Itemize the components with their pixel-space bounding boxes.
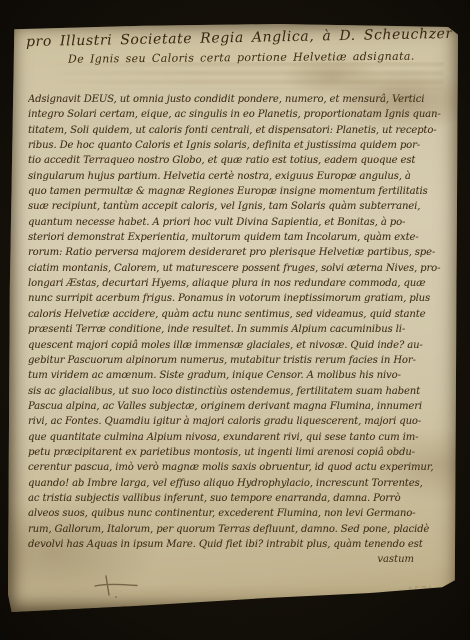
manuscript-line: alveos suos, quibus nunc continentur, ex… — [28, 506, 453, 521]
manuscript-line: sis ac glacialibus, ut suo loco distinct… — [28, 384, 453, 399]
manuscript-line: ciatim montanis, Calorem, ut maturescere… — [28, 261, 453, 276]
ink-bleed-through — [48, 62, 444, 90]
manuscript-line: quantum necesse habet. A priori hoc vult… — [28, 215, 453, 230]
manuscript-line: rivi, ac Fontes. Quamdiu igitur à majori… — [28, 414, 453, 429]
manuscript-line: singularum hujus partium. Helvetia certè… — [28, 169, 453, 184]
manuscript-line: cerentur pascua, imò verò magnæ molis sa… — [28, 460, 453, 475]
manuscript-line: rorum: Ratio perversa majorem desiderare… — [28, 245, 453, 260]
manuscript-line: longari Æstas, decurtari Hyems, aliaque … — [28, 276, 453, 291]
manuscript-line: que quantitate culmina Alpium nivosa, ex… — [28, 430, 453, 445]
manuscript-body: Adsignavit DEUS, ut omnia justo condidit… — [28, 92, 453, 552]
manuscript-scan: pro Illustri Societate Regia Anglica, à … — [0, 0, 470, 640]
faint-folio-number: 1571 — [407, 586, 434, 597]
manuscript-line: integro Solari certam, eique, ac singuli… — [28, 107, 453, 122]
pen-cross-mark — [92, 573, 140, 599]
manuscript-line: petu præcipitarent ex parietibus montosi… — [28, 445, 453, 460]
manuscript-page: pro Illustri Societate Regia Anglica, à … — [8, 24, 458, 612]
manuscript-line: ribus. De hoc quanto Caloris et Ignis so… — [28, 138, 453, 153]
manuscript-line: quando! ab Imbre larga, vel effuso aliqu… — [28, 476, 453, 491]
manuscript-line: quo tamen permultæ & magnæ Regiones Euro… — [28, 184, 453, 199]
manuscript-line: gebitur Pascuorum alpinorum numerus, mut… — [28, 353, 453, 368]
heading-dedication: pro Illustri Societate Regia Anglica, à … — [26, 26, 452, 50]
manuscript-line: caloris Helvetiæ accidere, quàm actu nun… — [28, 307, 453, 322]
manuscript-line: tio accedit Terraqueo nostro Globo, et q… — [28, 153, 453, 168]
manuscript-line: quescent majori copiâ moles illæ immensæ… — [28, 338, 453, 353]
manuscript-line: suæ recipiunt, tantùm accepit caloris, v… — [28, 199, 453, 214]
manuscript-line: præsenti Terræ conditione, inde resultet… — [28, 322, 453, 337]
manuscript-line: titatem, Soli quidem, ut caloris fonti c… — [28, 123, 453, 138]
manuscript-line: rum, Gallorum, Italorum, per quorum Terr… — [28, 522, 453, 537]
manuscript-line: ac tristia subjectis vallibus inferunt, … — [28, 491, 453, 506]
manuscript-line: Adsignavit DEUS, ut omnia justo condidit… — [28, 92, 453, 107]
manuscript-line: steriori demonstrat Experientia, multoru… — [28, 230, 453, 245]
manuscript-line: devolvi has Aquas in ipsum Mare. Quid fi… — [28, 537, 453, 552]
manuscript-line: nunc surripit acerbum frigus. Ponamus in… — [28, 291, 453, 306]
catchword: vastum — [377, 554, 414, 565]
manuscript-line: tum viridem ac amœnum. Siste gradum, ini… — [28, 368, 453, 383]
manuscript-line: Pascua alpina, ac Valles subjectæ, origi… — [28, 399, 453, 414]
